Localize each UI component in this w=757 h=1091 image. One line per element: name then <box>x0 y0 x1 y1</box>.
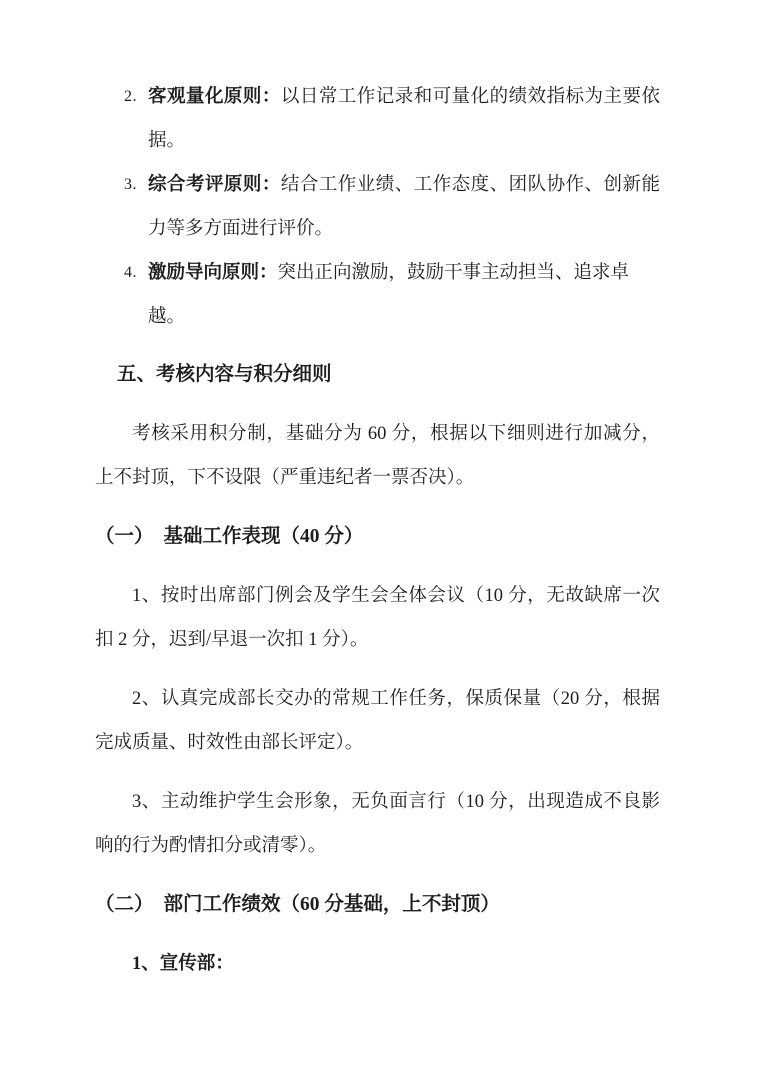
principle-text: 以日常工作记录和可量化的绩效指标为主要依 <box>281 87 660 107</box>
list-number: 4. <box>124 251 137 295</box>
principle-line: 激励导向原则：突出正向激励，鼓励干事主动担当、追求卓越。 <box>148 251 660 339</box>
subsection-one-heading: （一）基础工作表现（40 分） <box>95 515 660 559</box>
intro-line-2: 上不封顶，下不设限（严重违纪者一票否决）。 <box>95 456 660 500</box>
subsection-two-heading: （二）部门工作绩效（60 分基础，上不封顶） <box>95 883 660 927</box>
list-number: 2. <box>124 75 137 119</box>
rule-2-line-1: 2、认真完成部长交办的常规工作任务，保质保量（20 分，根据 <box>95 677 660 721</box>
section-five-heading: 五、考核内容与积分细则 <box>117 353 660 397</box>
intro-line-1: 考核采用积分制，基础分为 60 分，根据以下细则进行加减分， <box>95 412 660 456</box>
principles-list: 2. 客观量化原则：以日常工作记录和可量化的绩效指标为主要依 据。 3. 综合考… <box>148 75 660 339</box>
department-one-heading: 1、宣传部： <box>95 942 660 986</box>
principle-term: 客观量化原则： <box>148 87 281 107</box>
subsection-two-marker: （二） <box>95 894 154 915</box>
principle-text: 结合工作业绩、工作态度、团队协作、创新能 <box>281 175 660 195</box>
list-item-principle-3: 3. 综合考评原则：结合工作业绩、工作态度、团队协作、创新能 力等多方面进行评价… <box>148 163 660 251</box>
principle-line: 据。 <box>148 119 660 163</box>
list-item-principle-2: 2. 客观量化原则：以日常工作记录和可量化的绩效指标为主要依 据。 <box>148 75 660 163</box>
principle-line: 综合考评原则：结合工作业绩、工作态度、团队协作、创新能 <box>148 163 660 207</box>
subsection-two-title: 部门工作绩效（60 分基础，上不封顶） <box>164 894 500 915</box>
rule-2-line-2: 完成质量、时效性由部长评定）。 <box>95 721 660 765</box>
rule-paragraph-2: 2、认真完成部长交办的常规工作任务，保质保量（20 分，根据 完成质量、时效性由… <box>95 677 660 765</box>
principle-term: 激励导向原则： <box>148 263 278 283</box>
subsection-one-marker: （一） <box>95 526 154 547</box>
rule-3-line-2: 响的行为酌情扣分或清零）。 <box>95 824 660 868</box>
principle-line: 力等多方面进行评价。 <box>148 207 660 251</box>
document-page: 2. 客观量化原则：以日常工作记录和可量化的绩效指标为主要依 据。 3. 综合考… <box>0 0 757 1091</box>
rule-1-line-2: 扣 2 分，迟到/早退一次扣 1 分）。 <box>95 618 660 662</box>
principle-term: 综合考评原则： <box>148 175 281 195</box>
intro-paragraph: 考核采用积分制，基础分为 60 分，根据以下细则进行加减分， 上不封顶，下不设限… <box>95 412 660 500</box>
rule-paragraph-3: 3、主动维护学生会形象，无负面言行（10 分，出现造成不良影 响的行为酌情扣分或… <box>95 780 660 868</box>
rule-3-line-1: 3、主动维护学生会形象，无负面言行（10 分，出现造成不良影 <box>95 780 660 824</box>
rule-1-line-1: 1、按时出席部门例会及学生会全体会议（10 分，无故缺席一次 <box>95 574 660 618</box>
rule-paragraph-1: 1、按时出席部门例会及学生会全体会议（10 分，无故缺席一次 扣 2 分，迟到/… <box>95 574 660 662</box>
list-item-principle-4: 4. 激励导向原则：突出正向激励，鼓励干事主动担当、追求卓越。 <box>148 251 660 339</box>
list-number: 3. <box>124 163 137 207</box>
principle-line: 客观量化原则：以日常工作记录和可量化的绩效指标为主要依 <box>148 75 660 119</box>
subsection-one-title: 基础工作表现（40 分） <box>164 526 364 547</box>
